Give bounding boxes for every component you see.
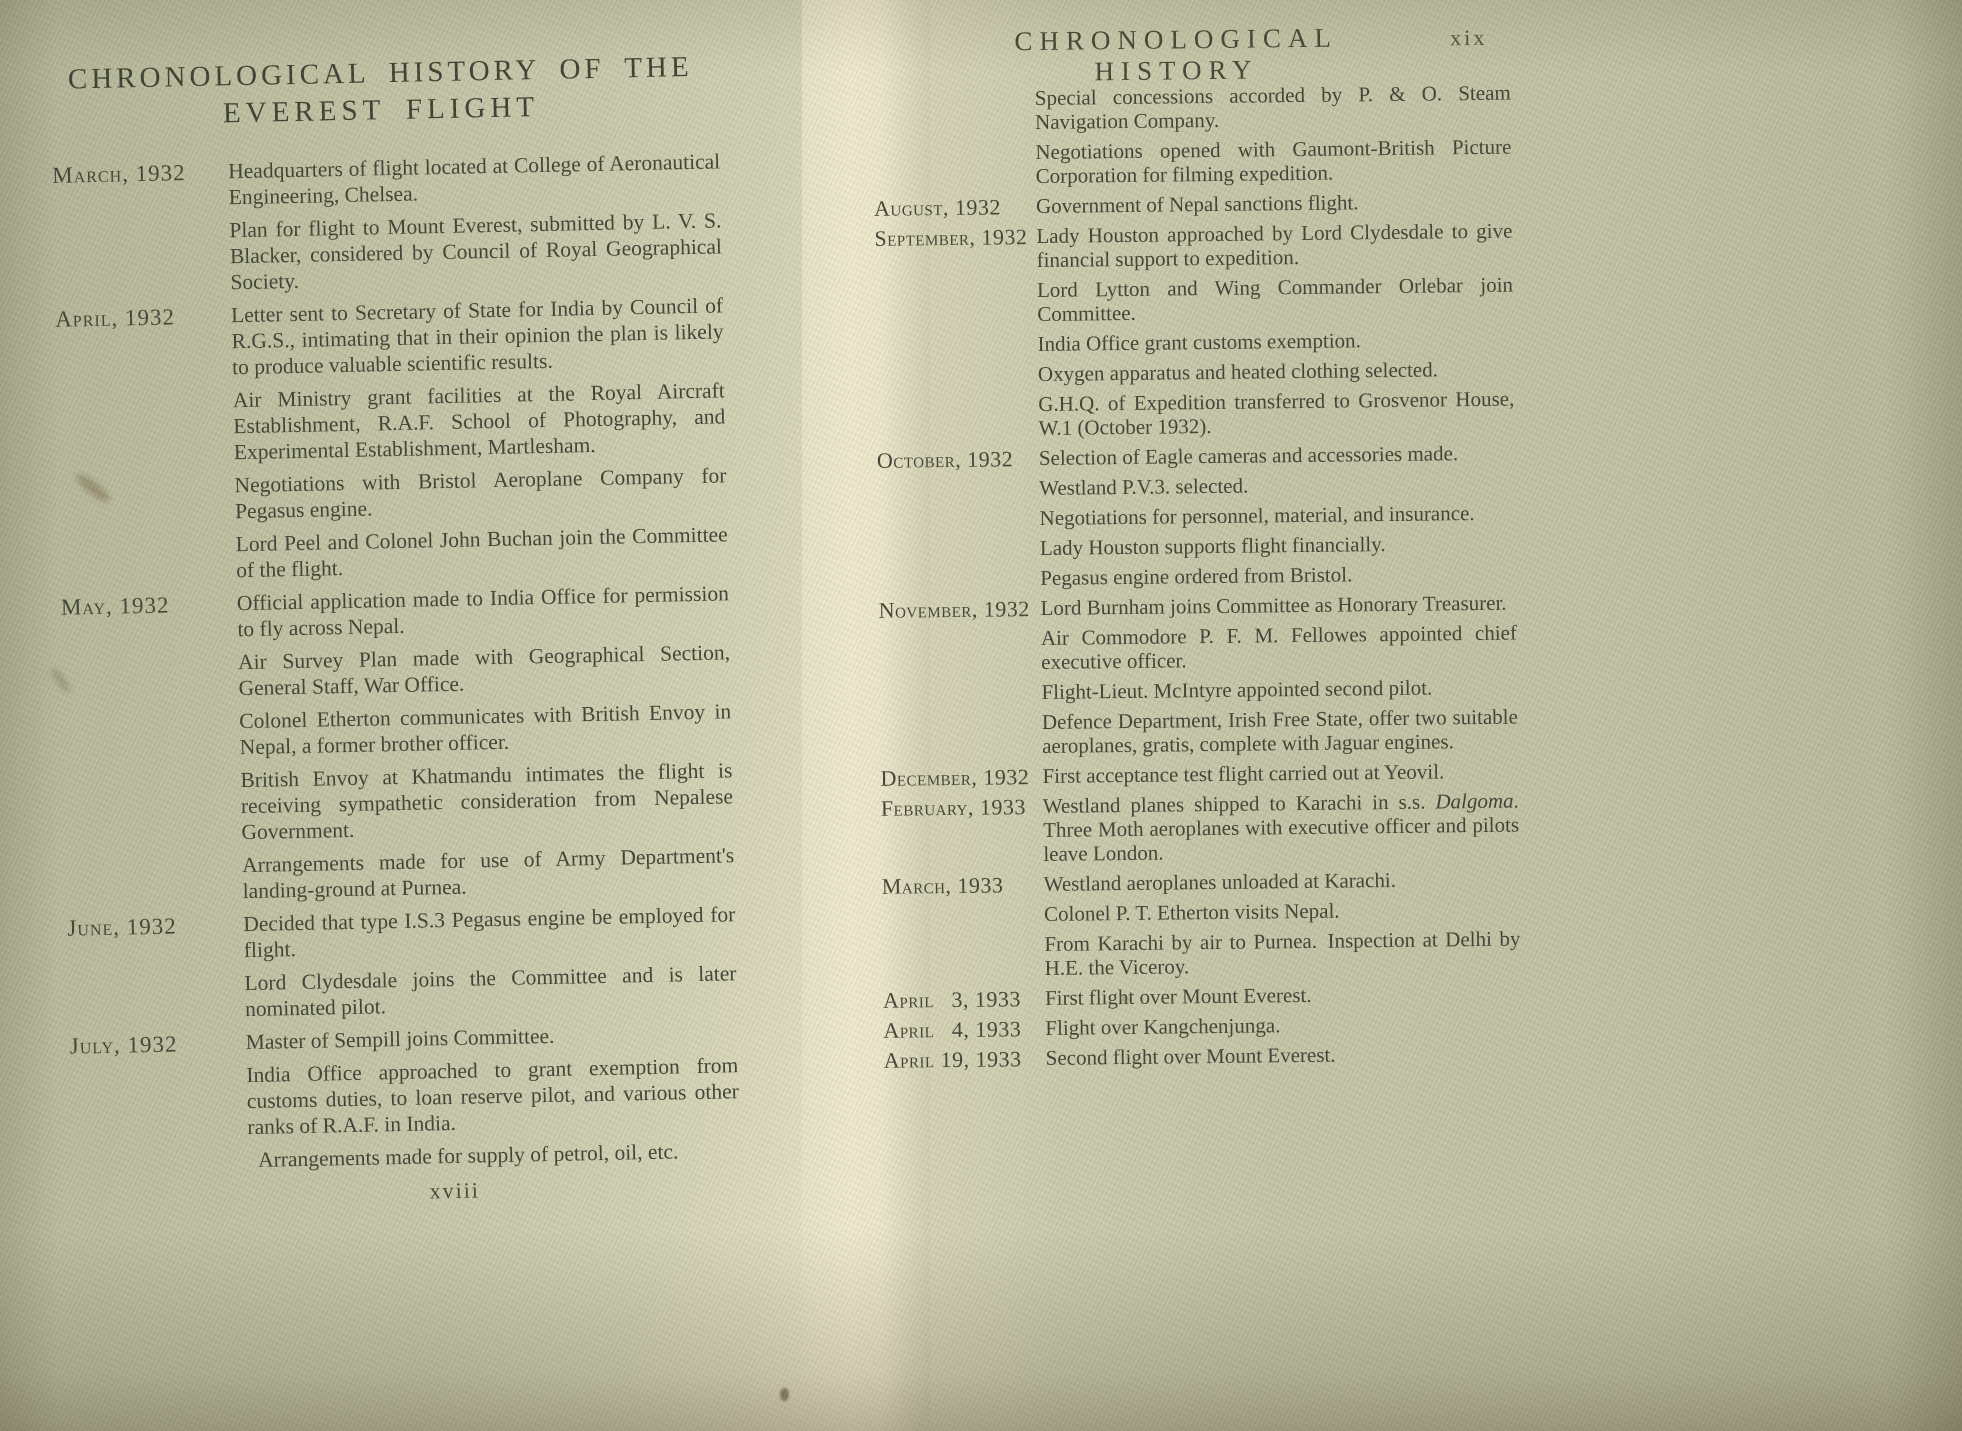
entry-paragraph: Selection of Eagle cameras and accessori… — [1039, 441, 1515, 470]
entry-paragraph: Plan for flight to Mount Everest, submit… — [229, 207, 722, 295]
running-header: CHRONOLOGICAL HISTORY xix — [858, 21, 1510, 70]
entry-paragraph: India Office approached to grant exempti… — [246, 1052, 739, 1140]
entry-paragraph: British Envoy at Khatmandu intimates the… — [240, 757, 733, 845]
entry-date: April 19, 1933 — [870, 1046, 1046, 1073]
entry-date: April 3, 1933 — [869, 986, 1045, 1013]
entry-paragraphs: Official application made to India Offic… — [237, 580, 735, 911]
page-number-right: xix — [1450, 25, 1487, 51]
entry-date: December, 1932 — [866, 764, 1042, 791]
timeline-entry: June, 1932 Decided that type I.S.3 Pegas… — [59, 901, 737, 1033]
entry-date: September, 1932 — [860, 224, 1036, 251]
entry-paragraph: Arrangements made for use of Army Depart… — [242, 842, 735, 904]
entry-paragraph: Air Survey Plan made with Geographical S… — [238, 639, 731, 701]
entry-paragraph: Lady Houston approached by Lord Clydesda… — [1036, 219, 1513, 272]
entry-paragraph: Air Commodore P. F. M. Fellowes appointe… — [1041, 621, 1518, 674]
entry-paragraph: Colonel Etherton communicates with Briti… — [239, 698, 732, 760]
entry-paragraphs: Lady Houston approached by Lord Clydesda… — [1036, 219, 1514, 446]
entry-paragraph: Colonel P. T. Etherton visits Nepal. — [1044, 897, 1520, 926]
timeline-entry: March, 1932 Headquarters of flight locat… — [44, 148, 723, 306]
left-page-content: CHRONOLOGICAL HISTORY OF THE EVEREST FLI… — [42, 48, 741, 1211]
timeline-entry: March, 1933 Westland aeroplanes unloaded… — [868, 867, 1521, 988]
book-photo: { "colors": { "paper_left": "#c2c3a6", "… — [0, 0, 1962, 1431]
timeline-entry: September, 1932 Lady Houston approached … — [860, 219, 1514, 448]
entry-paragraph: Decided that type I.S.3 Pegasus engine b… — [243, 901, 736, 963]
entry-date: April 4, 1933 — [869, 1016, 1045, 1043]
entry-date: April, 1932 — [47, 302, 232, 333]
entry-paragraph: Lord Burnham joins Committee as Honorary… — [1040, 591, 1516, 620]
entry-paragraph: Lord Peel and Colonel John Buchan join t… — [235, 521, 728, 583]
entry-paragraphs: Master of Sempill joins Committee. India… — [245, 1019, 740, 1180]
timeline-entry: April, 1932 Letter sent to Secretary of … — [47, 292, 729, 594]
entry-paragraph: Lady Houston supports flight financially… — [1040, 531, 1516, 560]
entry-paragraphs: Selection of Eagle cameras and accessori… — [1039, 441, 1517, 596]
entry-paragraph: Pegasus engine ordered from Bristol. — [1040, 561, 1516, 590]
entry-date: October, 1932 — [863, 446, 1039, 473]
entry-paragraph: Negotiations opened with Gaumont-British… — [1035, 135, 1512, 188]
entry-paragraphs: Headquarters of flight located at Colleg… — [228, 148, 723, 302]
page-title: CHRONOLOGICAL HISTORY OF THE EVEREST FLI… — [42, 48, 719, 136]
entry-paragraphs: Westland aeroplanes unloaded at Karachi.… — [1044, 867, 1521, 986]
entry-paragraphs: Westland planes shipped to Karachi in s.… — [1043, 789, 1520, 872]
entry-paragraph: Special concessions accorded by P. & O. … — [1035, 81, 1512, 134]
entry-date: November, 1932 — [864, 596, 1040, 623]
entry-paragraph: Flight over Kangchenjunga. — [1045, 1011, 1521, 1040]
timeline-entry: October, 1932 Selection of Eagle cameras… — [863, 441, 1517, 598]
entry-paragraphs: Special concessions accorded by P. & O. … — [1035, 81, 1512, 194]
entry-paragraph: Arrangements made for supply of petrol, … — [248, 1137, 740, 1173]
entry-date: March, 1932 — [44, 158, 229, 189]
running-header-title: CHRONOLOGICAL HISTORY — [950, 22, 1403, 89]
entry-date: March, 1933 — [868, 872, 1044, 899]
entry-paragraph: G.H.Q. of Expedition transferred to Gros… — [1038, 387, 1515, 440]
entry-paragraph: Westland planes shipped to Karachi in s.… — [1043, 789, 1520, 866]
entry-date: August, 1932 — [860, 194, 1036, 221]
timeline-entry-continued: Special concessions accorded by P. & O. … — [859, 81, 1512, 196]
right-page-content: CHRONOLOGICAL HISTORY xix Special conces… — [858, 21, 1522, 1078]
timeline-entry: February, 1933 Westland planes shipped t… — [867, 789, 1520, 874]
entry-paragraph: Government of Nepal sanctions flight. — [1036, 189, 1512, 218]
book-spread: CHRONOLOGICAL HISTORY OF THE EVEREST FLI… — [0, 0, 1962, 1431]
entry-paragraph: Second flight over Mount Everest. — [1046, 1041, 1522, 1070]
entry-paragraph: First acceptance test flight carried out… — [1042, 759, 1518, 788]
timeline-entry: May, 1932 Official application made to I… — [53, 580, 735, 915]
entry-paragraph: First flight over Mount Everest. — [1045, 981, 1521, 1010]
entry-paragraph: Air Ministry grant facilities at the Roy… — [233, 377, 726, 465]
entry-paragraphs: Lord Burnham joins Committee as Honorary… — [1040, 591, 1518, 764]
entry-paragraph: Lord Clydesdale joins the Committee and … — [244, 960, 737, 1022]
entry-paragraph: From Karachi by air to Purnea. Inspectio… — [1044, 927, 1521, 980]
entry-paragraph: Lord Lytton and Wing Commander Orlebar j… — [1037, 273, 1514, 326]
entry-date: July, 1932 — [61, 1029, 246, 1060]
entry-paragraph: Westland P.V.3. selected. — [1039, 471, 1515, 500]
entry-paragraph: Negotiations with Bristol Aeroplane Comp… — [234, 462, 727, 524]
entry-date: February, 1933 — [867, 794, 1043, 821]
ship-name-italic: Dalgoma — [1435, 789, 1513, 814]
entry-paragraphs: Decided that type I.S.3 Pegasus engine b… — [243, 901, 737, 1029]
entry-paragraphs: Letter sent to Secretary of State for In… — [231, 292, 729, 590]
entry-paragraph: Westland aeroplanes unloaded at Karachi. — [1044, 867, 1520, 896]
timeline-entry: July, 1932 Master of Sempill joins Commi… — [61, 1019, 740, 1184]
entry-paragraph: Letter sent to Secretary of State for In… — [231, 292, 724, 380]
entry-paragraph: Flight-Lieut. McIntyre appointed second … — [1041, 675, 1517, 704]
entry-paragraphs: Second flight over Mount Everest. — [1046, 1041, 1522, 1076]
entry-paragraph: Official application made to India Offic… — [237, 580, 730, 642]
entry-date: May, 1932 — [53, 590, 238, 621]
entry-paragraph: Headquarters of flight located at Colleg… — [228, 148, 721, 210]
entry-paragraph: Negotiations for personnel, material, an… — [1039, 501, 1515, 530]
entry-paragraph: India Office grant customs exemption. — [1037, 327, 1513, 356]
entry-date: June, 1932 — [59, 911, 244, 942]
entry-paragraph: Defence Department, Irish Free State, of… — [1042, 705, 1519, 758]
entry-paragraph: Oxygen apparatus and heated clothing sel… — [1038, 357, 1514, 386]
timeline-entry: November, 1932 Lord Burnham joins Commit… — [864, 591, 1518, 766]
